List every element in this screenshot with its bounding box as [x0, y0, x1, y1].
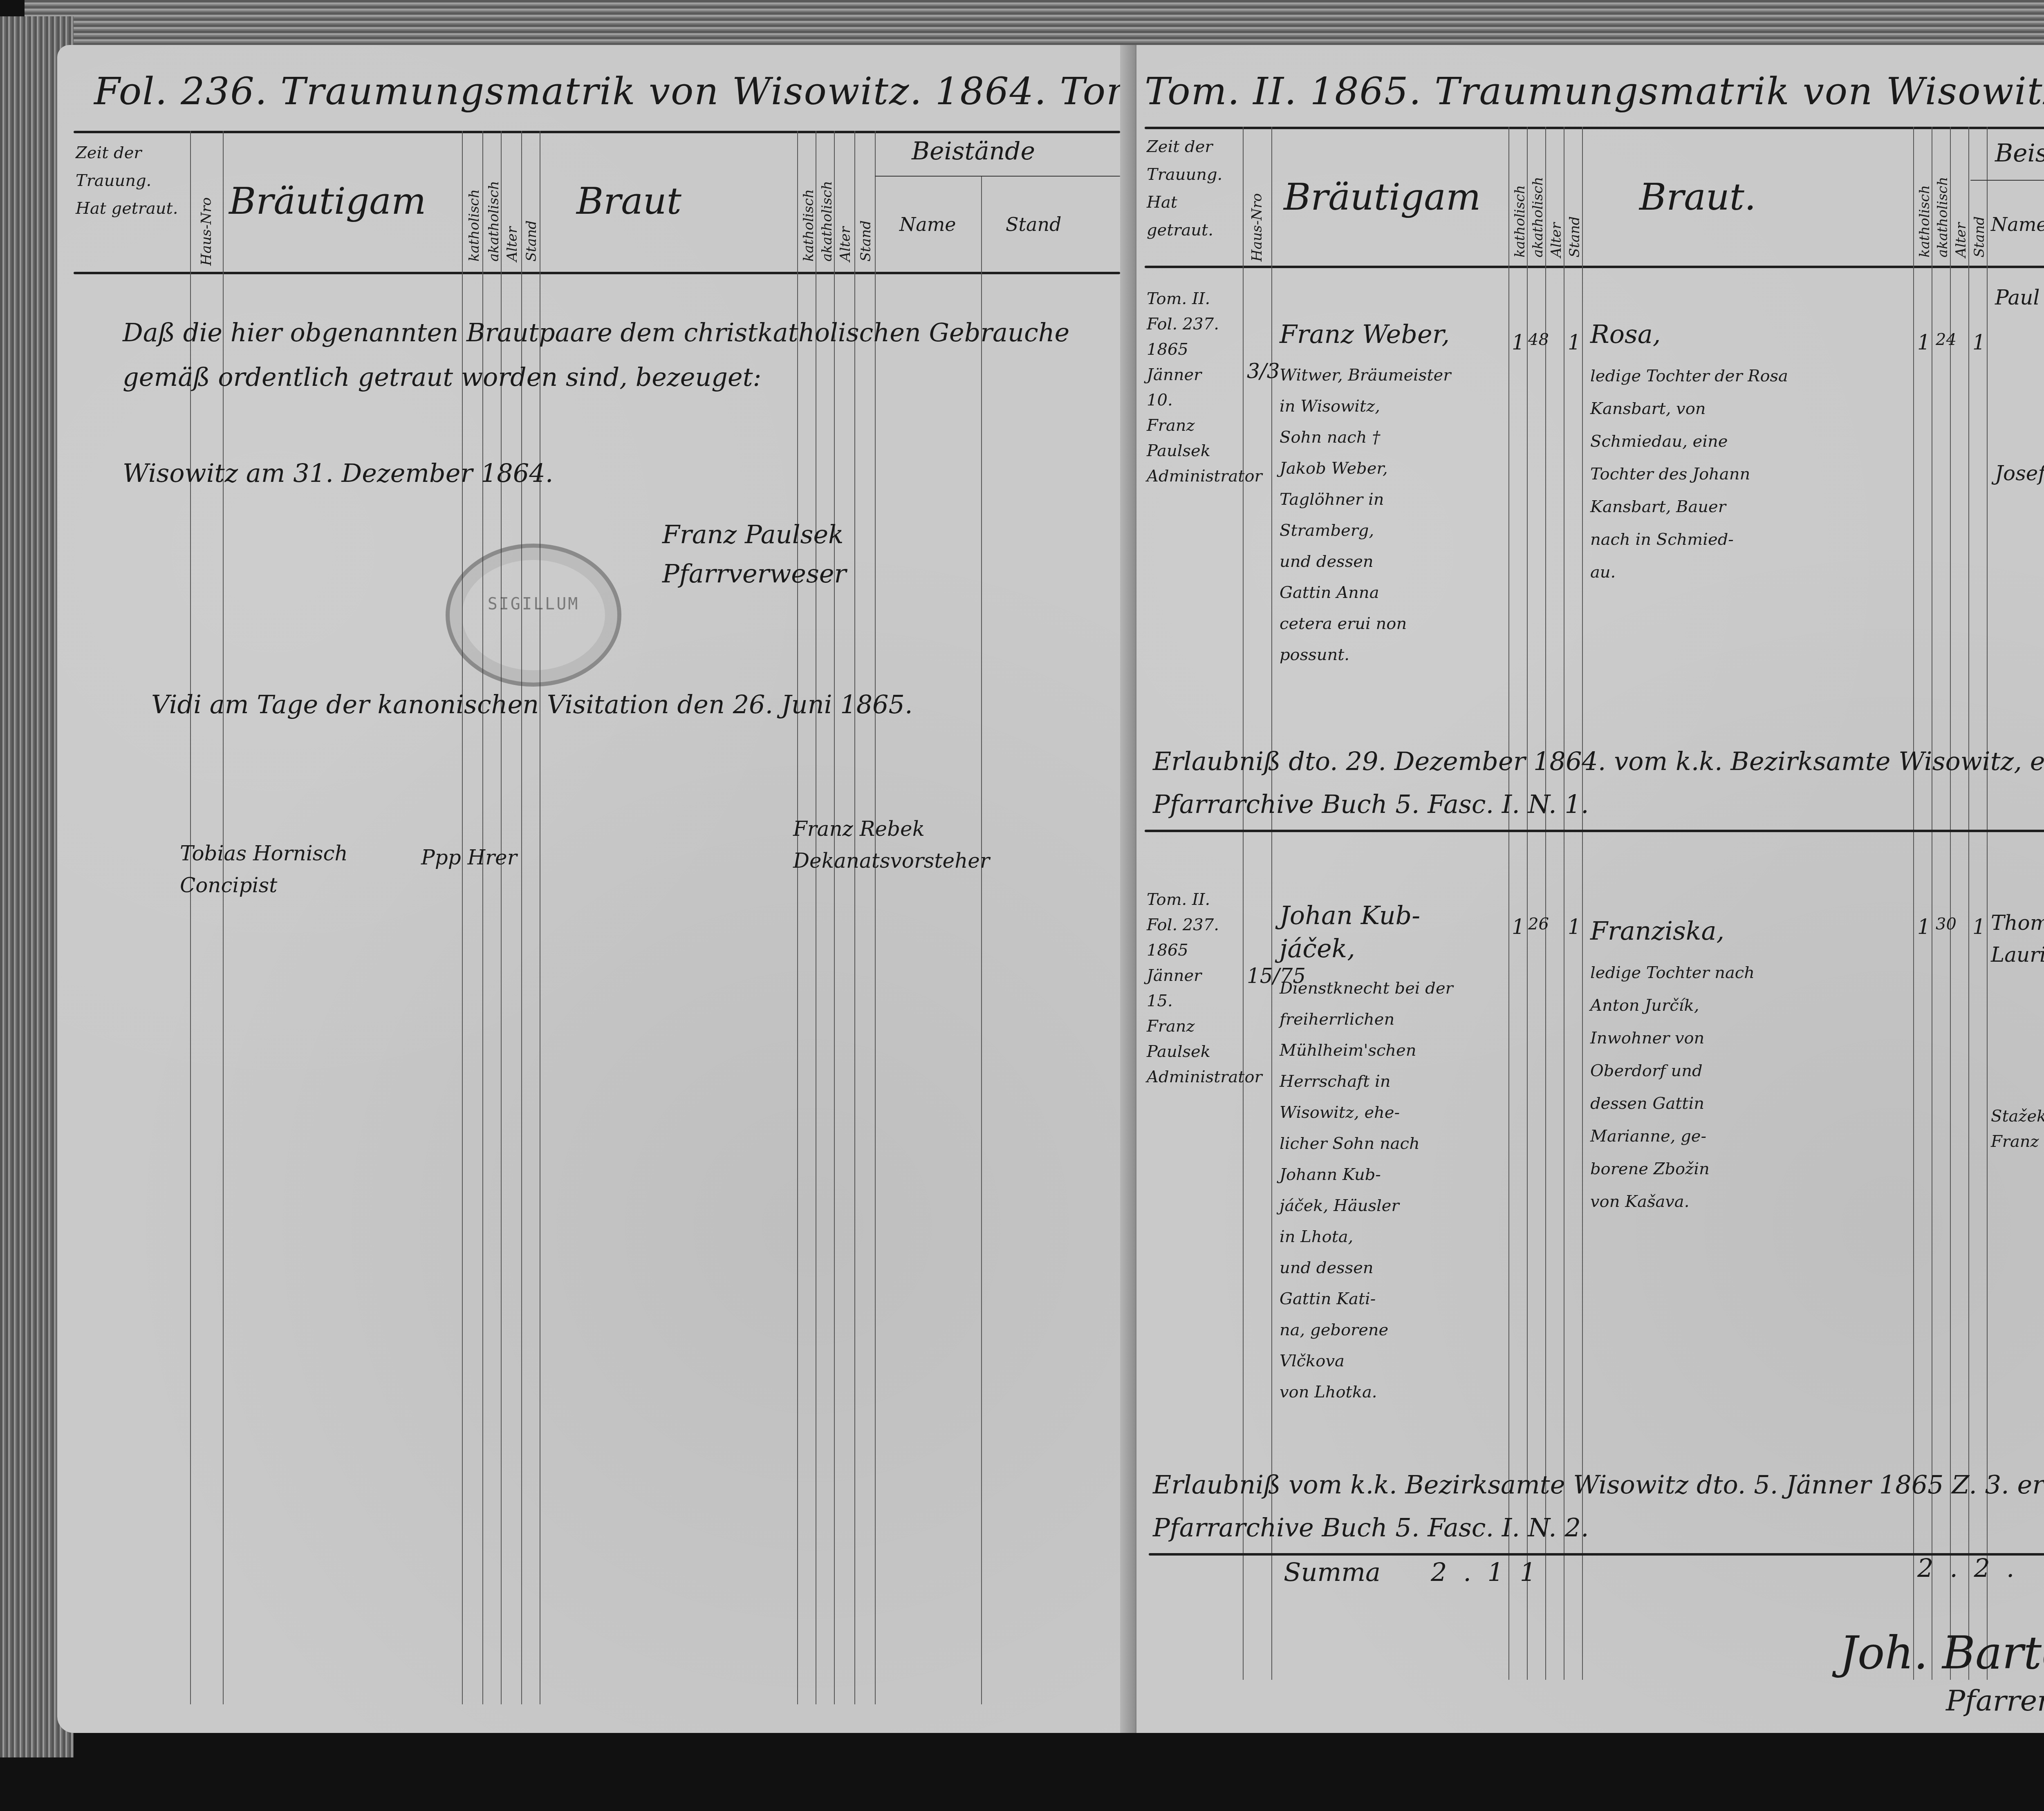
entry-1-groom-details: Witwer, Bräumeister in Wisowitz, Sohn na… — [1280, 360, 1508, 670]
entry-2-groom-age: 26 — [1528, 911, 1549, 937]
parish-priest-title: Pfarrer — [1946, 1684, 2044, 1717]
header-bride-alter: Alter — [1953, 135, 1969, 257]
entry-1-bride-details: ledige Tochter der Rosa Kansbart, von Sc… — [1590, 360, 1909, 589]
column-rule — [1950, 127, 1951, 1680]
header-top-rule — [1145, 127, 2044, 129]
column-rule — [1243, 127, 1244, 1680]
open-register-book: Fol. 236. Traumungsmatrik von Wisowitz. … — [0, 0, 2044, 1811]
header-groom-religion-akath: akatholisch — [1530, 135, 1546, 257]
parish-seal-stamp: SIGILLUM — [446, 544, 621, 687]
entry-2-permit-note: Erlaubniß vom k.k. Bezirksamte Wisowitz … — [1153, 1463, 2044, 1549]
header-groom-stand: Stand — [1567, 135, 1583, 257]
tally-groom: 2 . 1 1 — [1431, 1557, 1540, 1587]
header-groom-religion: katholisch — [466, 139, 482, 262]
left-page-title: Fol. 236. Traumungsmatrik von Wisowitz. … — [94, 69, 1213, 113]
entry-1-groom-stand: 1 — [1568, 327, 1581, 359]
header-zeit: Zeit der Trauung. Hat getraut. — [1147, 133, 1241, 244]
header-haus-nro: Haus-Nro — [1249, 155, 1265, 262]
entry-1-groom-age: 48 — [1528, 327, 1549, 352]
header-groom-alter: Alter — [1548, 135, 1564, 257]
left-page: Fol. 236. Traumungsmatrik von Wisowitz. … — [57, 45, 1136, 1733]
closing-attestation: Daß die hier obgenannten Brautpaare dem … — [123, 311, 1124, 399]
header-beistaende: Beistände — [1995, 139, 2044, 168]
entry-2-witness-2-name: Stažek Franz — [1991, 1104, 2044, 1154]
column-rule — [1508, 127, 1509, 1680]
header-groom-religion: katholisch — [1512, 135, 1528, 257]
entry-2-groom-name: Johan Kub- jáček, — [1280, 899, 1420, 965]
entry-1-date-officiant: Tom. II. Fol. 237. 1865 Jänner 10. Franz… — [1147, 286, 1241, 489]
header-top-rule — [74, 131, 1120, 133]
header-groom-stand: Stand — [523, 139, 540, 262]
entry-1-groom-name: Franz Weber, — [1280, 315, 1450, 354]
entry-2-bride-religion: 1 — [1917, 911, 1930, 943]
header-haus-nro: Haus-Nro — [198, 163, 215, 266]
parish-priest-signature: Joh. Bartoš — [1840, 1627, 2044, 1679]
column-rule — [1932, 127, 1932, 1680]
entry-separator-rule — [1145, 830, 2044, 832]
column-rule — [1545, 127, 1546, 1680]
header-beistaende: Beistände — [912, 137, 1035, 166]
right-page: Tom. II. 1865. Traumungsmatrik von Wisow… — [1136, 45, 2044, 1733]
header-bride-religion: katholisch — [800, 139, 817, 262]
header-beistand-stand: Stand — [1006, 208, 1062, 240]
entry-2-witness-1-name: Thomas Laurinčák — [1991, 907, 2044, 971]
summary-rule — [1149, 1553, 2044, 1556]
entry-2-groom-religion: 1 — [1512, 911, 1525, 943]
closing-place-date: Wisowitz am 31. Dezember 1864. — [123, 454, 553, 493]
entry-2-bride-details: ledige Tochter nach Anton Jurčík, Inwohn… — [1590, 956, 1909, 1218]
beistaende-subrule — [875, 176, 1120, 177]
closing-signature: Franz Paulsek Pfarrverweser — [662, 515, 846, 593]
column-rule — [1582, 127, 1583, 1680]
entry-2-bride-name: Franziska, — [1590, 911, 1724, 951]
book-top-edge — [25, 0, 2044, 49]
header-braeutigam: Bräutigam — [229, 180, 426, 223]
tally-bride: 2 . 2 . — [1917, 1553, 2018, 1583]
header-zeit: Zeit der Trauung. Hat getraut. — [76, 139, 186, 222]
entry-1-witness-2-name: Josef — [1995, 458, 2044, 490]
column-rule — [1913, 127, 1914, 1680]
header-bride-stand: Stand — [858, 139, 874, 262]
entry-2-groom-stand: 1 — [1568, 911, 1581, 943]
entry-2-groom-details: Dienstknecht bei der freiherrlichen Mühl… — [1280, 973, 1508, 1408]
entry-1-bride-religion: 1 — [1917, 327, 1930, 359]
column-rule — [1564, 127, 1564, 1680]
entry-1-bride-name: Rosa, — [1590, 315, 1661, 354]
entry-2-bride-age: 30 — [1936, 911, 1957, 937]
column-rule — [1987, 127, 1988, 1680]
visitation-signature-left: Tobias Hornisch Concipist — [180, 838, 348, 901]
header-bottom-rule — [74, 272, 1120, 274]
entry-1-groom-religion: 1 — [1512, 327, 1525, 359]
header-braeutigam: Bräutigam — [1284, 176, 1481, 219]
tally-label: Summa — [1284, 1557, 1381, 1587]
entry-1-permit-note: Erlaubniß dto. 29. Dezember 1864. vom k.… — [1153, 740, 2044, 826]
entry-1-house-number: 3/3 — [1247, 356, 1280, 387]
entry-2-date-officiant: Tom. II. Fol. 237. 1865 Jänner 15. Franz… — [1147, 887, 1241, 1090]
right-page-title: Tom. II. 1865. Traumungsmatrik von Wisow… — [1145, 69, 2044, 113]
stamp-text: SIGILLUM — [450, 595, 617, 613]
column-rule — [981, 176, 982, 1704]
header-bottom-rule — [1145, 266, 2044, 268]
entry-2-bride-stand: 1 — [1972, 911, 1986, 943]
header-bride-alter: Alter — [837, 139, 854, 262]
visitation-signature-right: Franz Rebek Dekanatsvorsteher — [793, 813, 990, 877]
visitation-note: Vidi am Tage der kanonischen Visitation … — [151, 683, 1112, 727]
header-bride-religion: katholisch — [1916, 135, 1933, 257]
entry-1-bride-stand: 1 — [1972, 327, 1986, 359]
header-bride-religion-akath: akatholisch — [1934, 135, 1951, 257]
header-braut: Braut — [576, 180, 681, 223]
visitation-signature-left-extra: Ppp Hrer — [421, 842, 517, 874]
header-beistand-name: Name — [1991, 208, 2044, 240]
header-groom-alter: Alter — [504, 139, 520, 262]
column-rule — [1968, 127, 1969, 1680]
column-rule — [1527, 127, 1528, 1680]
header-groom-religion-akath: akatholisch — [486, 139, 502, 262]
header-braut: Braut. — [1639, 176, 1756, 219]
header-beistand-name: Name — [899, 208, 956, 240]
header-bride-stand: Stand — [1971, 135, 1988, 257]
header-bride-religion-akath: akatholisch — [819, 139, 835, 262]
entry-1-witness-1-name: Paul — [1995, 282, 2040, 314]
entry-1-bride-age: 24 — [1936, 327, 1957, 352]
